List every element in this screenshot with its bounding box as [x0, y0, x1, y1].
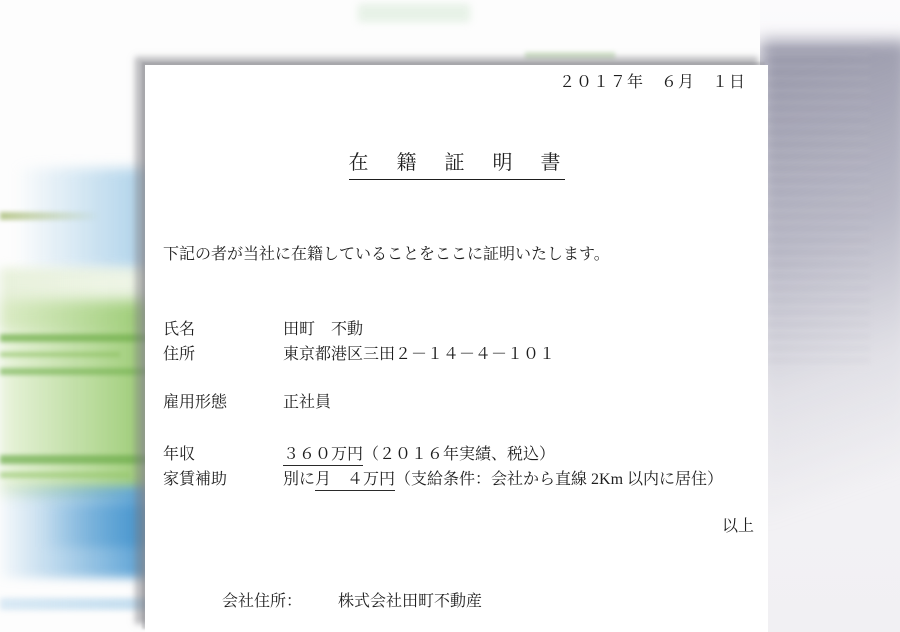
gray-wedge-stripes — [760, 40, 870, 370]
field-value-income-note: （２０１６年実績、税込） — [363, 446, 555, 463]
field-value-name: 田町 不動 — [283, 321, 363, 338]
field-row-housing: 家賃補助別に月 ４万円（支給条件：会社から直線 2Km 以内に居住） — [163, 470, 723, 489]
field-label-address: 住所 — [163, 345, 283, 364]
olive-streak — [0, 212, 100, 220]
company-name: 株式会社田町不動産 — [338, 593, 482, 610]
green-streak-line — [0, 455, 150, 464]
green-streak-line — [0, 334, 150, 342]
green-streak-line — [0, 368, 150, 375]
blue-streak-core — [40, 505, 150, 547]
field-label-name: 氏名 — [163, 320, 283, 339]
blue-streak-bottom — [0, 598, 150, 610]
company-row: 会社住所：株式会社田町不動産 — [222, 592, 482, 611]
field-value-employment: 正社員 — [283, 394, 331, 411]
company-address-label: 会社住所： — [222, 592, 338, 611]
field-label-income: 年収 — [163, 445, 283, 464]
background-blur-left — [0, 0, 150, 632]
document-date: ２０１７年 ６月 １日 — [145, 73, 746, 92]
field-row-income: 年収３６０万円（２０１６年実績、税込） — [163, 445, 555, 464]
green-streak-line — [0, 352, 120, 357]
document-title-row: 在 籍 証 明 書 — [145, 151, 768, 180]
field-row-employment: 雇用形態正社員 — [163, 393, 331, 412]
field-row-address: 住所東京都港区三田２－１４－４－１０１ — [163, 345, 555, 364]
desktop-background: ２０１７年 ６月 １日 在 籍 証 明 書 下記の者が当社に在籍していることをこ… — [0, 0, 900, 632]
field-value-income-underlined: ３６０万円 — [283, 446, 363, 466]
certificate-document: ２０１７年 ６月 １日 在 籍 証 明 書 下記の者が当社に在籍していることをこ… — [145, 65, 768, 632]
green-streak-mass — [0, 300, 150, 495]
background-blur-right — [760, 0, 900, 632]
intro-sentence: 下記の者が当社に在籍していることをここに証明いたします。 — [163, 245, 610, 264]
field-value-housing-prefix: 別に — [283, 471, 315, 488]
green-streak-line — [0, 472, 130, 478]
field-value-housing-note: （支給条件：会社から直線 2Km 以内に居住） — [395, 471, 723, 488]
field-row-name: 氏名田町 不動 — [163, 320, 363, 339]
field-value-address: 東京都港区三田２－１４－４－１０１ — [283, 346, 555, 363]
closing-ijou: 以上 — [145, 517, 754, 536]
background-smudge-line — [525, 52, 615, 59]
field-label-housing: 家賃補助 — [163, 470, 283, 489]
field-label-employment: 雇用形態 — [163, 393, 283, 412]
field-value-housing-underlined: 月 ４万円 — [315, 471, 395, 491]
background-smudge-top — [358, 4, 470, 22]
document-title: 在 籍 証 明 書 — [349, 151, 565, 180]
